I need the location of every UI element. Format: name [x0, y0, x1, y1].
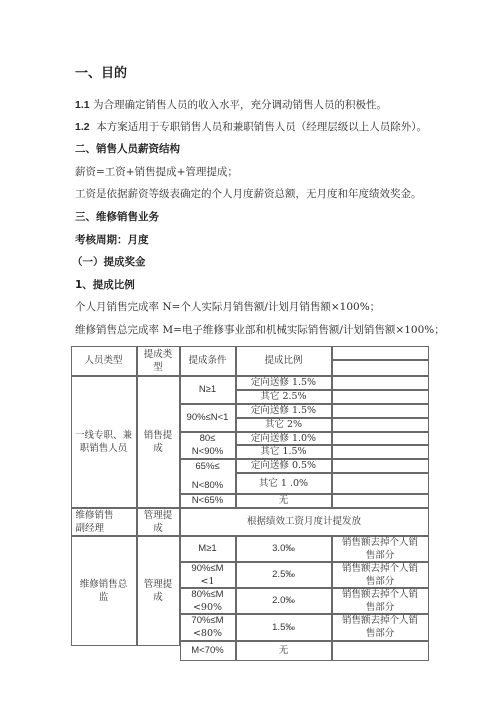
- cell-text: 70%≤M: [191, 614, 223, 627]
- group2-person-type: 维修销售副经理: [71, 508, 137, 536]
- ratio-cell: 定向送修 0.5%: [236, 459, 332, 473]
- ratio-cell: 其它 1 .0%: [236, 473, 332, 494]
- cell-text: 维修销售总: [80, 578, 128, 591]
- commission-table: 人员类型 提成类型 提成条件 提成比例 一线专职、兼职销售人员 销售提成 N≥1…: [71, 346, 429, 646]
- cell-text: 成: [144, 442, 173, 455]
- remark-cell: 销售额去掉个人销售部分: [332, 588, 429, 614]
- cell-text: 其它 1 .0%: [259, 477, 308, 490]
- header-person-type: 人员类型: [71, 346, 137, 376]
- header-ratio: 提成比例: [236, 346, 332, 376]
- condition-n-lt-65: N<65%: [180, 494, 236, 508]
- cell-text: 成: [144, 591, 173, 604]
- condition-n-65-80: 65%≤N<80%: [180, 459, 236, 494]
- ratio-cell: 其它 2%: [236, 418, 332, 432]
- header-extra-bottom: [332, 360, 429, 376]
- cell-text: 销售额去掉个人销: [342, 536, 418, 549]
- cell-text: 销售额去掉个人销: [342, 562, 418, 575]
- cell-text: N<90%: [192, 445, 223, 458]
- cell-text: <80%: [191, 627, 223, 640]
- extra-cell: [332, 473, 429, 494]
- ratio-cell: 定向送修 1.5%: [236, 404, 332, 418]
- cell-text: 2.5‰: [272, 568, 295, 581]
- condition-m-ge-1: M≥1: [180, 536, 236, 562]
- salary-description: 工资是依据薪资等级表确定的个人月度薪资总额，无月度和年度绩效奖金。: [75, 187, 422, 201]
- cell-text: 管理提: [144, 509, 173, 522]
- condition-n-80-90: 80≤N<90%: [180, 432, 236, 459]
- cell-text: 监: [80, 591, 128, 604]
- cell-text: 职销售人员: [75, 442, 132, 455]
- cell-text: 销售提: [144, 429, 173, 442]
- cell-text: 其它 1.5%: [260, 445, 306, 458]
- header-label: 提成条件: [188, 354, 226, 367]
- cell-text: 管理提: [144, 578, 173, 591]
- subsection-commission-bonus: （一）提成奖金: [72, 255, 146, 269]
- cell-text: 1.5‰: [272, 621, 295, 634]
- paragraph-text: 本方案适用于专职销售人员和兼职销售人员（经理层级以上人员除外）。: [96, 121, 427, 133]
- cell-text: N≥1: [199, 383, 216, 396]
- ratio-cell: 无: [236, 641, 332, 661]
- formula-n: 个人月销售完成率 N=个人实际月销售额/计划月销售额×100%；: [75, 300, 380, 314]
- cell-text: 65%≤: [192, 460, 223, 473]
- condition-n-ge-1: N≥1: [180, 376, 236, 404]
- extra-cell: [332, 418, 429, 432]
- extra-cell: [332, 404, 429, 418]
- cell-text: 售部分: [342, 627, 418, 640]
- subsection-commission-ratio: 1、提成比例: [75, 278, 135, 292]
- cell-text: 维修销售: [76, 509, 114, 522]
- ratio-cell: 无: [236, 494, 332, 508]
- cell-text: 副经理: [76, 522, 114, 535]
- condition-m-lt-70: M<70%: [180, 641, 236, 661]
- extra-cell: [332, 494, 429, 508]
- cell-text: 定向送修 1.0%: [251, 432, 316, 445]
- paragraph-number: 1.1: [75, 99, 90, 111]
- paragraph-1-1: 1.1 为合理确定销售人员的收入水平，充分调动销售人员的积极性。: [75, 98, 387, 112]
- group3-commission-type: 管理提成: [137, 536, 180, 646]
- section-title-purpose: 一、目的: [75, 67, 127, 81]
- ratio-cell: 3.0‰: [236, 536, 332, 562]
- section-title-salary-structure: 二、销售人员薪资结构: [75, 142, 180, 156]
- cell-text: <1: [191, 575, 223, 588]
- cell-text: 定向送修 1.5%: [251, 376, 316, 389]
- ratio-cell: 1.5‰: [236, 614, 332, 641]
- assessment-cycle: 考核周期：月度: [75, 233, 149, 247]
- cell-text: 80≤: [192, 432, 223, 445]
- cell-text: 售部分: [342, 549, 418, 562]
- cell-text: M≥1: [198, 542, 216, 555]
- section-title-repair-sales: 三、维修销售业务: [75, 210, 159, 224]
- ratio-cell: 其它 1.5%: [236, 445, 332, 459]
- cell-text: <90%: [191, 601, 223, 614]
- group1-person-type: 一线专职、兼职销售人员: [71, 376, 137, 508]
- remark-cell: [332, 641, 429, 661]
- extra-cell: [332, 376, 429, 390]
- header-label: 人员类型: [84, 354, 122, 367]
- group1-commission-type: 销售提成: [137, 376, 180, 508]
- cell-text: 成: [144, 522, 173, 535]
- header-extra-top: [332, 346, 429, 360]
- extra-cell: [332, 390, 429, 404]
- header-label: 提成比例: [264, 354, 302, 367]
- ratio-cell: 定向送修 1.5%: [236, 376, 332, 390]
- condition-m-70-80: 70%≤M<80%: [180, 614, 236, 641]
- cell-text: 销售额去掉个人销: [342, 614, 418, 627]
- group2-commission-type: 管理提成: [137, 508, 180, 536]
- header-commission-type: 提成类型: [137, 346, 180, 376]
- cell-text: 一线专职、兼: [75, 429, 132, 442]
- ratio-cell: 2.0‰: [236, 588, 332, 614]
- cell-text: 无: [279, 644, 289, 657]
- header-condition: 提成条件: [180, 346, 236, 376]
- extra-cell: [332, 445, 429, 459]
- cell-text: M<70%: [191, 644, 223, 657]
- cell-text: 90%≤M: [191, 562, 223, 575]
- cell-text: 90%≤N<1: [187, 411, 229, 424]
- cell-text: 售部分: [342, 601, 418, 614]
- condition-n-90-100: 90%≤N<1: [180, 404, 236, 432]
- formula-m: 维修销售总完成率 M=电子维修事业部和机械实际销售额/计划销售额×100%；: [75, 323, 445, 337]
- cell-text: 3.0‰: [272, 542, 295, 555]
- cell-text: 其它 2%: [265, 418, 302, 431]
- extra-cell: [332, 459, 429, 473]
- cell-text: N<65%: [192, 494, 223, 507]
- cell-text: 无: [279, 494, 289, 507]
- cell-text: 其它 2.5%: [260, 390, 306, 403]
- cell-text: 80%≤M: [191, 588, 223, 601]
- ratio-cell: 2.5‰: [236, 562, 332, 588]
- cell-text: 2.0‰: [272, 594, 295, 607]
- ratio-cell: 其它 2.5%: [236, 390, 332, 404]
- remark-cell: 销售额去掉个人销售部分: [332, 536, 429, 562]
- cell-text: 根据绩效工资月度计提发放: [247, 515, 361, 528]
- condition-m-90-100: 90%≤M<1: [180, 562, 236, 588]
- remark-cell: 销售额去掉个人销售部分: [332, 562, 429, 588]
- cell-text: 售部分: [342, 575, 418, 588]
- group3-person-type: 维修销售总监: [71, 536, 137, 646]
- condition-m-80-90: 80%≤M<90%: [180, 588, 236, 614]
- header-label: 提成类: [144, 348, 173, 361]
- paragraph-1-2: 1.2 本方案适用于专职销售人员和兼职销售人员（经理层级以上人员除外）。: [75, 120, 427, 134]
- group2-note: 根据绩效工资月度计提发放: [180, 508, 429, 536]
- remark-cell: 销售额去掉个人销售部分: [332, 614, 429, 641]
- cell-text: 销售额去掉个人销: [342, 588, 418, 601]
- paragraph-text: 为合理确定销售人员的收入水平，充分调动销售人员的积极性。: [93, 99, 387, 111]
- cell-text: 定向送修 1.5%: [251, 404, 316, 417]
- paragraph-number: 1.2: [75, 121, 90, 133]
- ratio-cell: 定向送修 1.0%: [236, 432, 332, 445]
- header-label: 型: [144, 361, 173, 374]
- cell-text: 定向送修 0.5%: [251, 459, 316, 472]
- extra-cell: [332, 432, 429, 445]
- salary-formula: 薪资=工资+销售提成+管理提成；: [75, 165, 238, 179]
- cell-text: N<80%: [192, 479, 223, 492]
